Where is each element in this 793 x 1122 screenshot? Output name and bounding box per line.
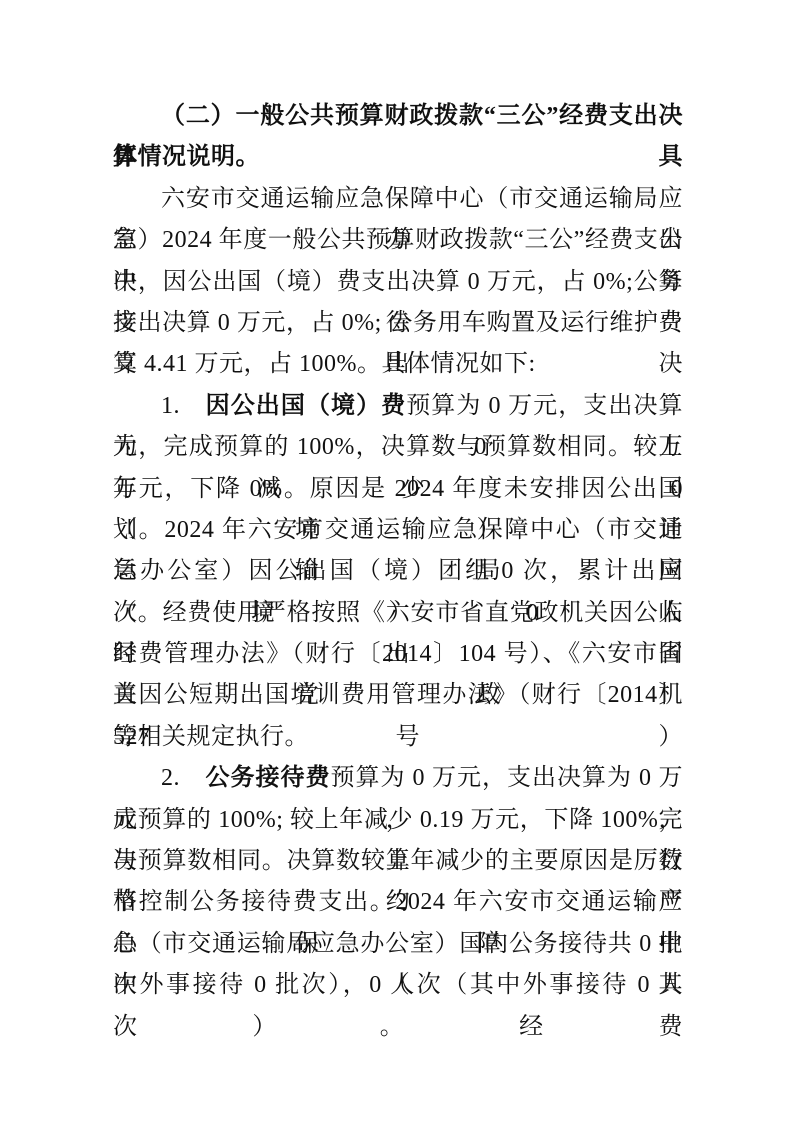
text-line: 2. 公务接待费预算为 0 万元，支出决算为 0 万元，完 [113, 758, 683, 799]
text-line: 格控制公务接待费支出。2024 年六安市交通运输应急保障中 [113, 882, 683, 923]
text-run: 2. [161, 765, 206, 791]
document-page: （二）一般公共预算财政拨款“三公”经费支出决算具体情况说明。六安市交通运输应急保… [0, 0, 793, 1122]
text-line: 次。经费使用严格按照《六安市省直党政机关因公临时出国 [113, 593, 683, 634]
bold-text-run: 体情况说明。 [113, 144, 260, 170]
text-line: 六安市交通运输应急保障中心（市交通运输局应急办公 [113, 179, 683, 220]
text-line: 中外事接待 0 批次），0 人次（其中外事接待 0 人次）。经费 [113, 965, 683, 1006]
text-line: 成预算的 100%; 较上年减少 0.19 万元，下降 100%，决算数 [113, 800, 683, 841]
text-line: 支出决算 0 万元，占 0%; 公务用车购置及运行维护费支出决 [113, 303, 683, 344]
bold-text-run: 因公出国（境）费 [206, 393, 407, 419]
text-line: 急办公室）因公出国（境）团组 0 次，累计出国（境）0 人 [113, 551, 683, 592]
text-line: 中，因公出国（境）费支出决算 0 万元，占 0%;公务接待费 [113, 262, 683, 303]
text-line: 关因公短期出国培训费用管理办法》（财行〔2014〕527 号） [113, 675, 683, 716]
text-line: 心（市交通运输局应急办公室）国内公务接待共 0 批次（其 [113, 924, 683, 965]
text-line: 室）2024 年度一般公共预算财政拨款“三公”经费支出决算 [113, 220, 683, 261]
text-block: （二）一般公共预算财政拨款“三公”经费支出决算具体情况说明。六安市交通运输应急保… [113, 96, 683, 1007]
text-line: 与预算数相同。决算数较上年减少的主要原因是厉行节约严 [113, 841, 683, 882]
text-line: 1. 因公出国（境）费预算为 0 万元，支出决算为 0 万 [113, 386, 683, 427]
text-line: 经费管理办法》（财行〔2014〕104 号）、《六安市省直党政机 [113, 634, 683, 675]
text-run: 算 4.41 万元，占 100%。具体情况如下: [113, 351, 536, 377]
text-line: 万元，下降 0%。原因是 2024 年度未安排因公出国（境）计 [113, 469, 683, 510]
text-run: 中外事接待 0 批次），0 人次（其中外事接待 0 人次）。经费 [113, 972, 683, 1039]
text-line: 元，完成预算的 100%，决算数与预算数相同。较上年减少 0 [113, 427, 683, 468]
text-line: （二）一般公共预算财政拨款“三公”经费支出决算具 [113, 96, 683, 137]
text-run: 1. [161, 393, 206, 419]
text-run: 等相关规定执行。 [113, 724, 309, 750]
bold-text-run: 公务接待费 [206, 765, 331, 791]
text-line: 划。2024 年六安市交通运输应急保障中心（市交通运输局应 [113, 510, 683, 551]
